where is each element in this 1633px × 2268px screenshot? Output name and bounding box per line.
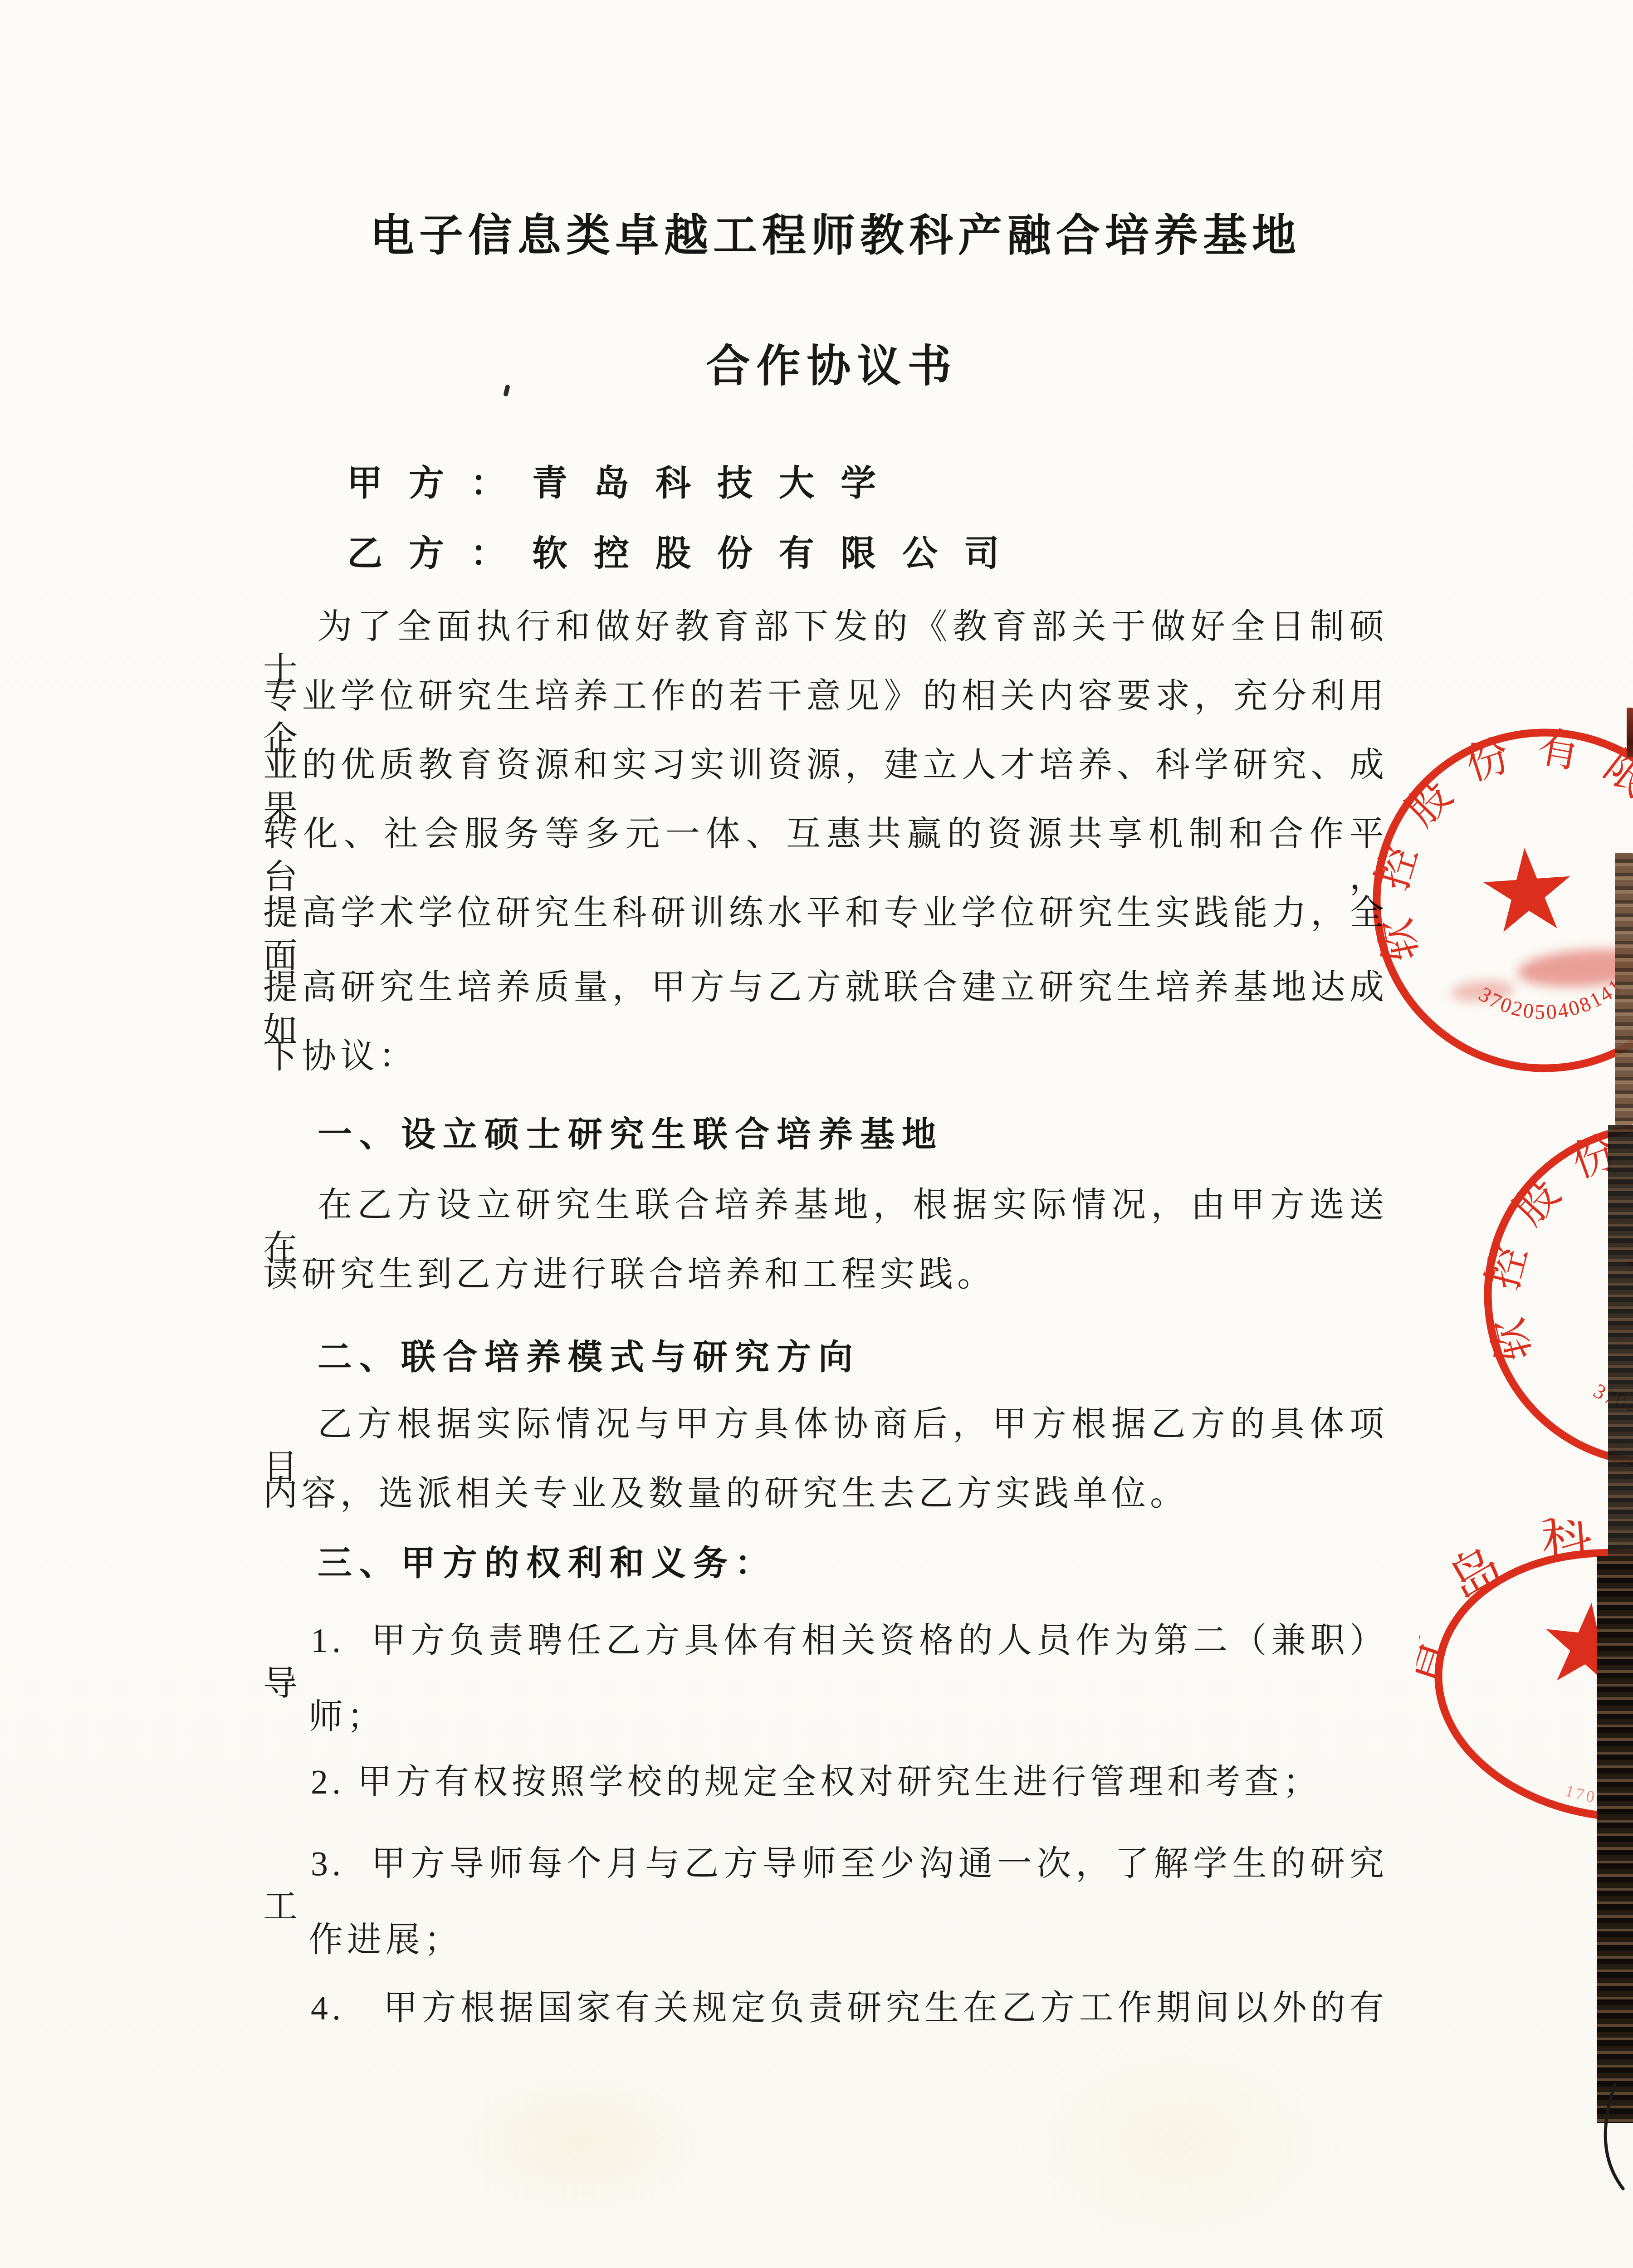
party-a-value: 青岛科技大学: [532, 464, 902, 503]
doc-line: 读研究生到乙方进行联合培养和工程实践。: [263, 1253, 1388, 1296]
doc-line: 4. 甲方根据国家有关规定负责研究生在乙方工作期间以外的有: [263, 1987, 1388, 2030]
section-heading-3: 三、甲方的权利和义务：: [263, 1542, 1388, 1585]
doc-line: 转化、社会服务等多元一体、互惠共赢的资源共享机制和合作平台，: [263, 813, 1388, 899]
doc-line: 3. 甲方导师每个月与乙方导师至少沟通一次，了解学生的研究工: [263, 1843, 1388, 1929]
paper-smudge: [454, 2068, 708, 2214]
party-b-value: 软控股份有限公司: [532, 534, 1026, 573]
seal-smudge: [1628, 1751, 1633, 1792]
party-a-label: 甲方：: [347, 464, 532, 503]
doc-line: 内容，选派相关专业及数量的研究生去乙方实践单位。: [263, 1472, 1388, 1515]
seal-number: 3702050408141: [1588, 1364, 1633, 1425]
doc-line: 2. 甲方有权按照学校的规定全权对研究生进行管理和考查；: [263, 1761, 1388, 1804]
seal-ring-text: 软控股份有限公司: [1461, 1100, 1633, 1367]
doc-line: 1. 甲方负责聘任乙方具体有相关资格的人员作为第二（兼职）导: [263, 1619, 1388, 1706]
doc-line: 下协议：: [263, 1035, 1388, 1078]
company-seal-stamp: 软控股份有限公司 3702050408141 ★: [1456, 1095, 1633, 1494]
party-b-label: 乙方：: [347, 534, 532, 573]
university-seal-stamp: 青岛科技大学 17020008 ★: [1400, 1506, 1633, 1864]
section-heading-2: 二、联合培养模式与研究方向: [263, 1336, 1388, 1379]
star-icon: ★: [1612, 1199, 1633, 1340]
star-icon: ★: [1531, 1579, 1633, 1711]
party-a-line: 甲方：青岛科技大学: [263, 455, 1442, 506]
doc-line: 作进展；: [263, 1919, 1388, 1962]
scanned-agreement-page: { "document": { "title_line1": "电子信息类卓越工…: [0, 0, 1633, 2268]
document-title: 电子信息类卓越工程师教科产融合培养基地: [19, 200, 1633, 263]
doc-line: 师；: [263, 1696, 1388, 1739]
doc-line: 提高学术学位研究生科研训练水平和专业学位研究生实践能力，全面: [263, 892, 1388, 978]
section-heading-1: 一、设立硕士研究生联合培养基地: [263, 1114, 1388, 1157]
party-b-line: 乙方：软控股份有限公司: [263, 525, 1442, 576]
company-seal-stamp: 软控股份有限公司 3702050408141 ★: [1351, 707, 1633, 1094]
stray-hair-mark: [1588, 2077, 1633, 2195]
paper-smudge: [1021, 2032, 1338, 2250]
star-icon: ★: [1472, 826, 1583, 958]
document-subtitle: 合作协议书: [15, 330, 1633, 394]
document-sheet: 电子信息类卓越工程师教科产融合培养基地 合作协议书 甲方：青岛科技大学 乙方：软…: [0, 0, 1633, 2268]
